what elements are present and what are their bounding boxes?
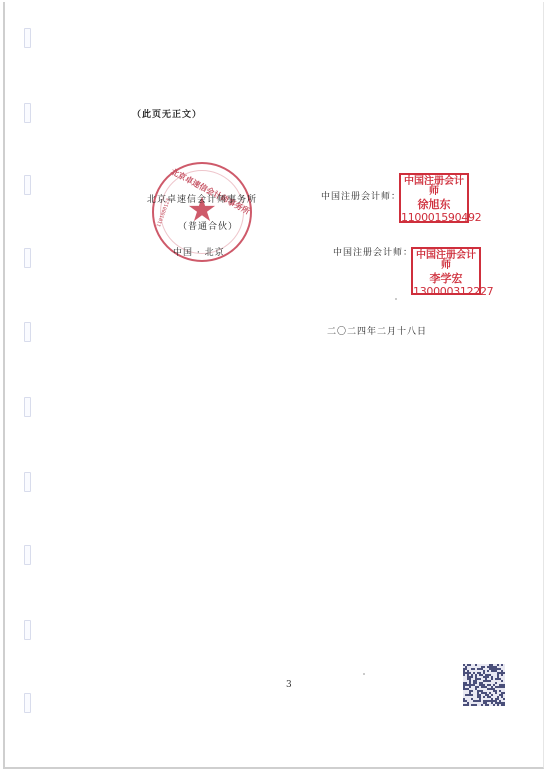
binding-hole-mark [24, 693, 31, 713]
cpa-stamp-2: 中国注册会计师 李学宏 130000312227 [411, 247, 481, 295]
binding-hole-mark [24, 103, 31, 123]
cpa-stamp-number: 110001590492 [401, 212, 467, 223]
binding-hole-mark [24, 248, 31, 268]
cpa-stamp-number: 130000312227 [413, 286, 479, 297]
binding-hole-mark [24, 322, 31, 342]
cpa-stamp-name: 徐旭东 [401, 199, 467, 210]
cpa-stamp-1: 中国注册会计师 徐旭东 110001590492 [399, 173, 469, 223]
page-number: 3 [286, 680, 292, 690]
report-date: 二〇二四年二月十八日 [327, 324, 427, 337]
binding-hole-mark [24, 397, 31, 417]
scan-speck [395, 298, 397, 300]
cpa-stamp-name: 李学宏 [413, 273, 479, 284]
firm-location: 中国 · 北京 [173, 245, 225, 258]
binding-hole-mark [24, 175, 31, 195]
cpa-label-2: 中国注册会计师： [333, 245, 413, 258]
scan-speck [363, 673, 365, 675]
cpa-label-1: 中国注册会计师： [321, 189, 401, 202]
qr-code-icon [463, 664, 505, 706]
binding-hole-mark [24, 472, 31, 492]
no-text-note: （此页无正文） [132, 107, 202, 120]
binding-hole-mark [24, 620, 31, 640]
binding-hole-mark [24, 545, 31, 565]
binding-hole-mark [24, 28, 31, 48]
firm-type: （普通合伙） [178, 219, 238, 232]
cpa-stamp-title: 中国注册会计师 [413, 251, 479, 271]
document-page: （此页无正文） ★ 北京卓速信会计师事务所 1101080123 北京卓速信会计… [3, 2, 544, 769]
firm-name: 北京卓速信会计师事务所 [147, 192, 257, 205]
cpa-stamp-title: 中国注册会计师 [401, 177, 467, 197]
